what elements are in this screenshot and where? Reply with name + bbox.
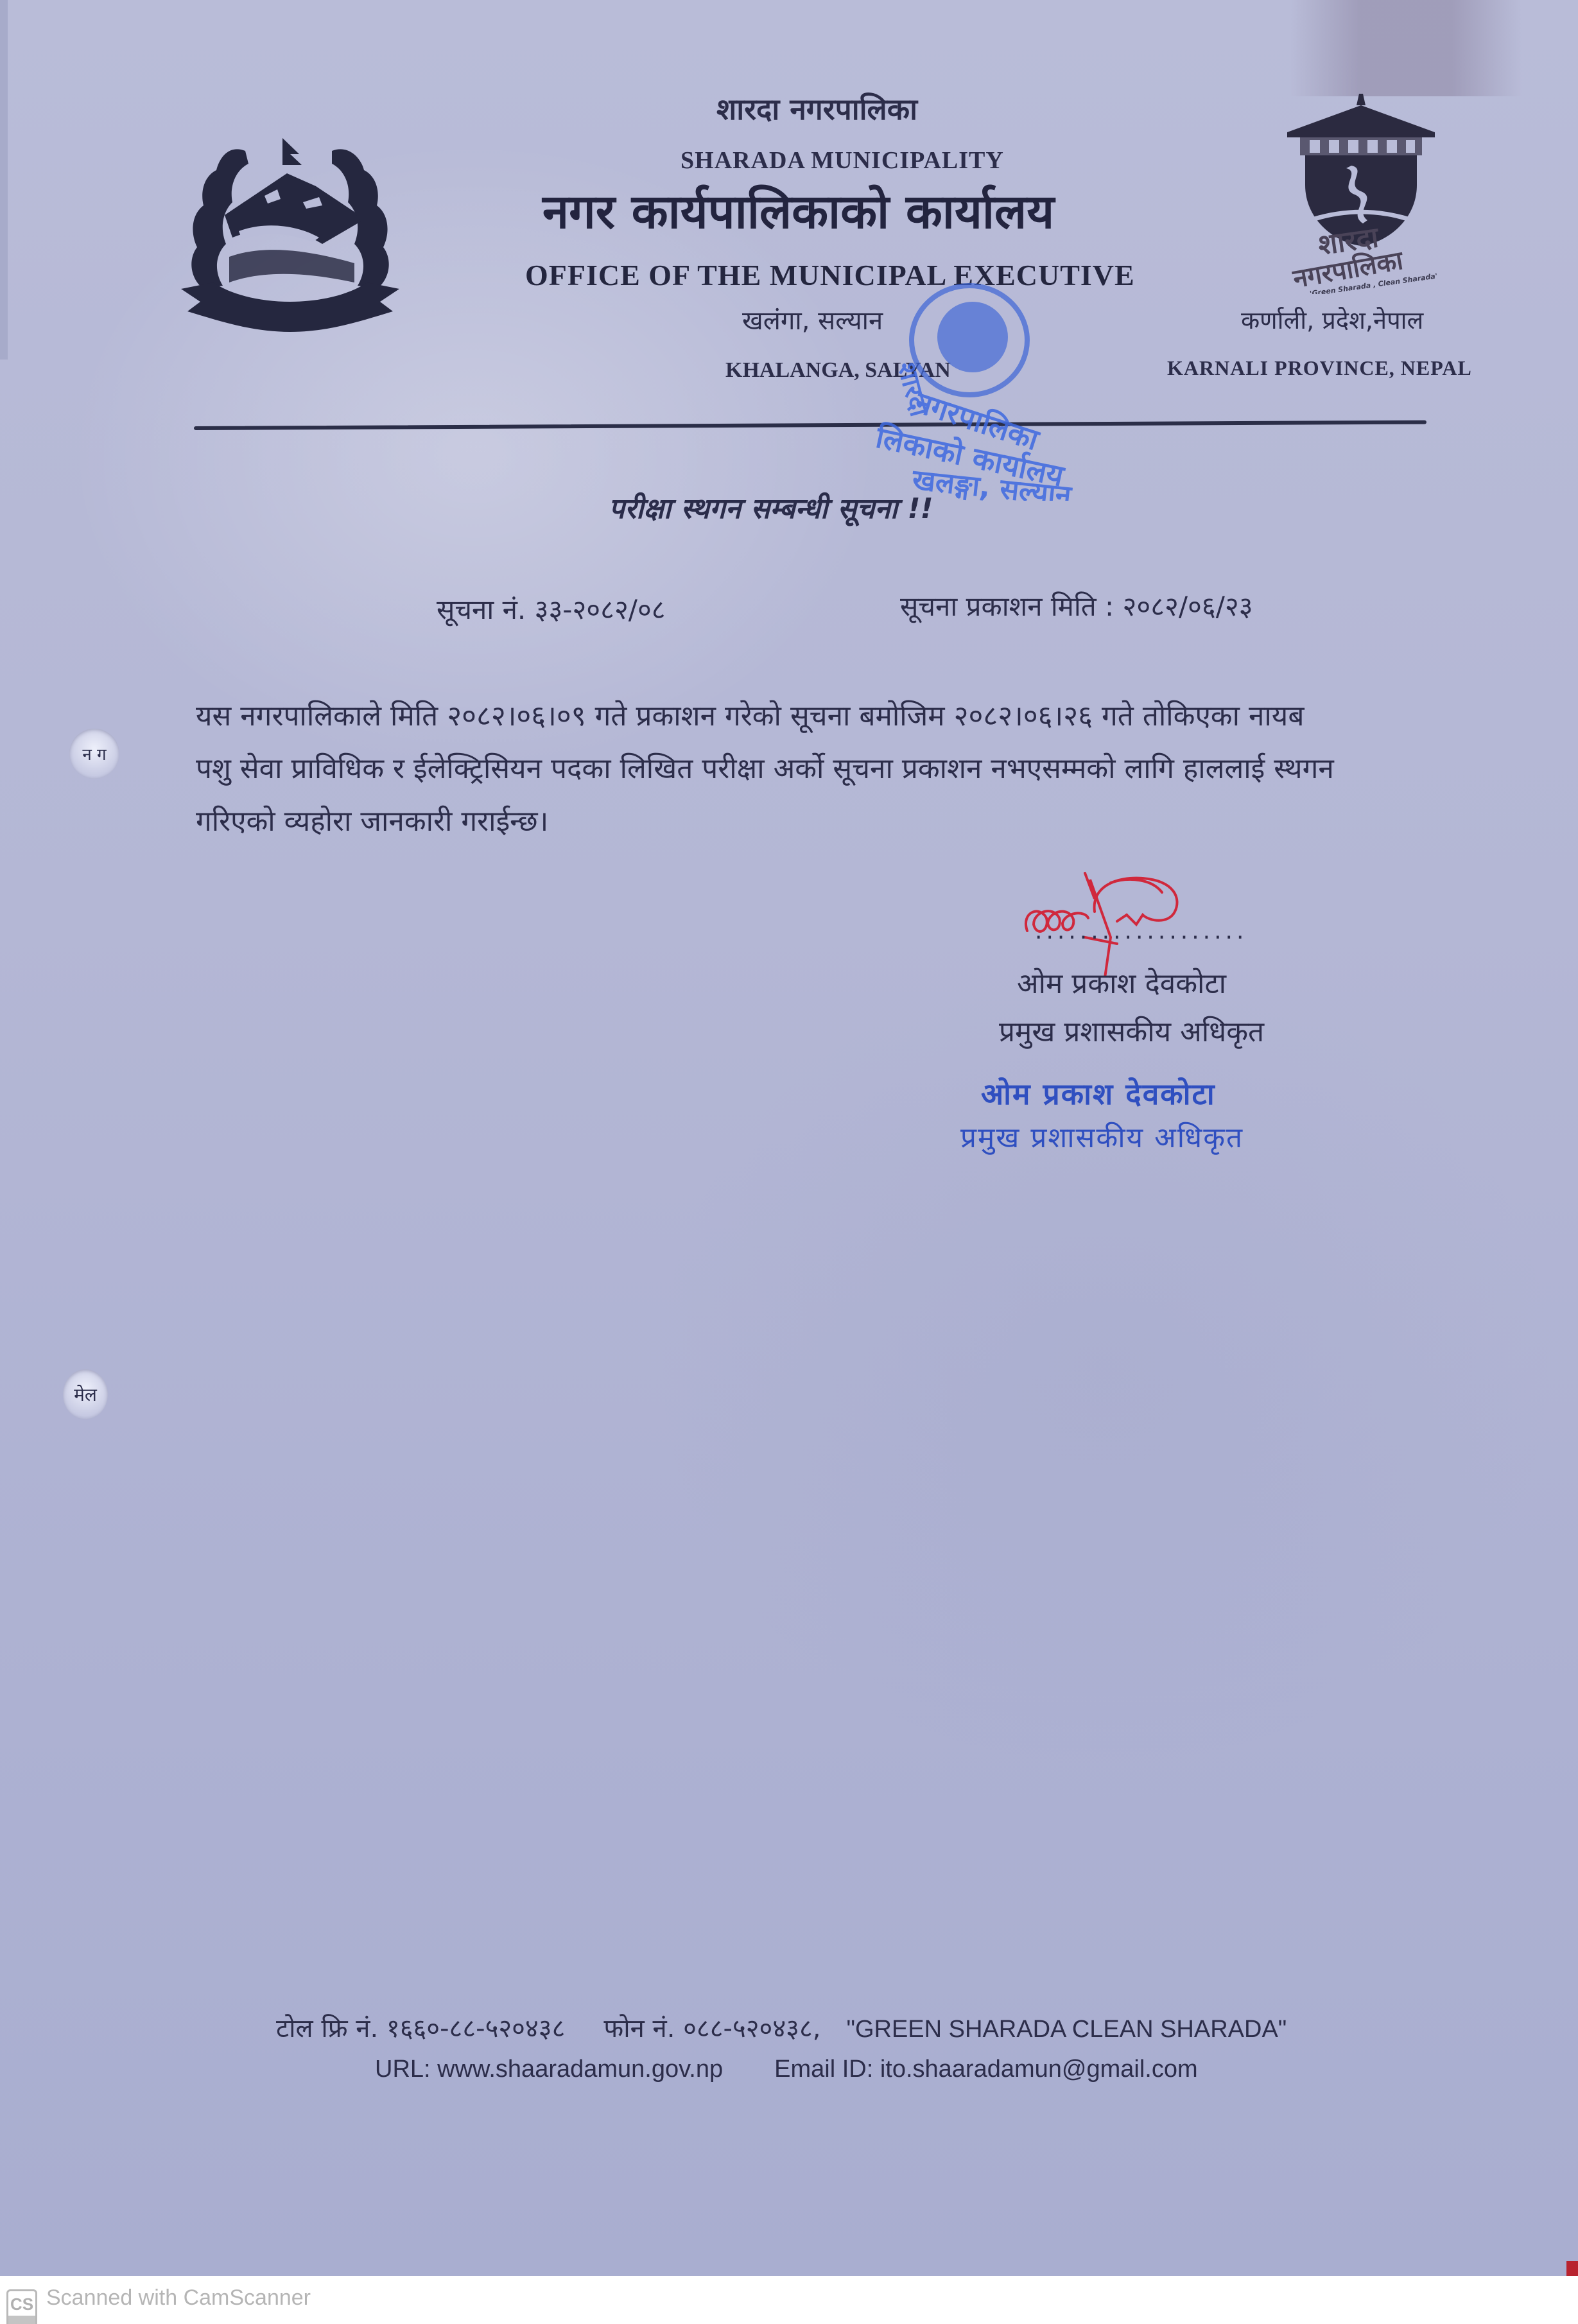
- scanned-paper: [0, 0, 1578, 2276]
- notice-title: परीक्षा स्थगन सम्बन्धी सूचना !!: [609, 488, 933, 526]
- province-np: कर्णाली, प्रदेश,नेपाल: [1241, 303, 1423, 336]
- paper-edge-shadow: [0, 0, 8, 360]
- sharada-municipality-logo-icon: शारदा नगरपालिका 'Green Sharada , Clean S…: [1249, 89, 1480, 294]
- municipality-name-np: शारदा नगरपालिका: [716, 89, 917, 128]
- punch-hole-text: मेल: [74, 1382, 97, 1407]
- signatory-title: प्रमुख प्रशासकीय अधिकृत: [999, 1011, 1264, 1050]
- official-round-stamp-icon: नगरपालिका लिकाको कार्यालय खलङ्गा, सल्यान…: [835, 270, 1091, 501]
- camscanner-logo-icon: CS: [6, 2289, 37, 2324]
- footer-web-line: URL: www.shaaradamun.gov.npEmail ID: ito…: [375, 2056, 1198, 2083]
- province-en: KARNALI PROVINCE, NEPAL: [1167, 356, 1472, 380]
- punch-hole: मेल: [63, 1369, 108, 1419]
- signature-line: ...................: [1035, 918, 1247, 944]
- background-object-corner: [1566, 2261, 1578, 2276]
- notice-body-line: पशु सेवा प्राविधिक र ईलेक्ट्रिसियन पदका …: [196, 743, 1435, 795]
- name-stamp: ओम प्रकाश देवकोटा: [981, 1073, 1216, 1113]
- toll-free-number: टोल फ्रि नं. १६६०-८८-५२०४३८: [276, 2014, 565, 2043]
- footer-slogan: "GREEN SHARADA CLEAN SHARADA": [846, 2016, 1287, 2043]
- office-name-np: नगर कार्यपालिकाको कार्यालय: [542, 177, 1054, 242]
- notice-publication-date: सूचना प्रकाशन मिति : २०८२/०६/२३: [900, 587, 1253, 624]
- phone-number: फोन नं. ०८८-५२०४३८,: [603, 2014, 820, 2043]
- notice-reference-number: सूचना नं. ३३-२०८२/०८: [437, 591, 666, 627]
- punch-hole-text: न ग: [82, 742, 106, 765]
- website-url: URL: www.shaaradamun.gov.np: [375, 2056, 723, 2083]
- punch-hole: न ग: [69, 729, 119, 779]
- title-stamp: प्रमुख प्रशासकीय अधिकृत: [960, 1117, 1244, 1156]
- signatory-name: ओम प्रकाश देवकोटा: [1017, 963, 1226, 1002]
- camscanner-watermark-text: Scanned with CamScanner: [46, 2285, 311, 2311]
- email-address: Email ID: ito.shaaradamun@gmail.com: [774, 2056, 1198, 2083]
- municipality-name-en: SHARADA MUNICIPALITY: [681, 146, 1004, 175]
- footer-contact-line: टोल फ्रि नं. १६६०-८८-५२०४३८फोन नं. ०८८-५…: [276, 2009, 1287, 2045]
- notice-body-line: गरिएको व्यहोरा जानकारी गराईन्छ।: [196, 795, 1435, 848]
- notice-body: यस नगरपालिकाले मिति २०८२।०६।०९ गते प्रका…: [196, 690, 1435, 848]
- paper-top-shadow: [1290, 0, 1522, 96]
- svg-text:शारदा: शारदा: [891, 359, 934, 421]
- notice-body-line: यस नगरपालिकाले मिति २०८२।०६।०९ गते प्रका…: [196, 690, 1435, 743]
- nepal-government-emblem-icon: [168, 125, 412, 337]
